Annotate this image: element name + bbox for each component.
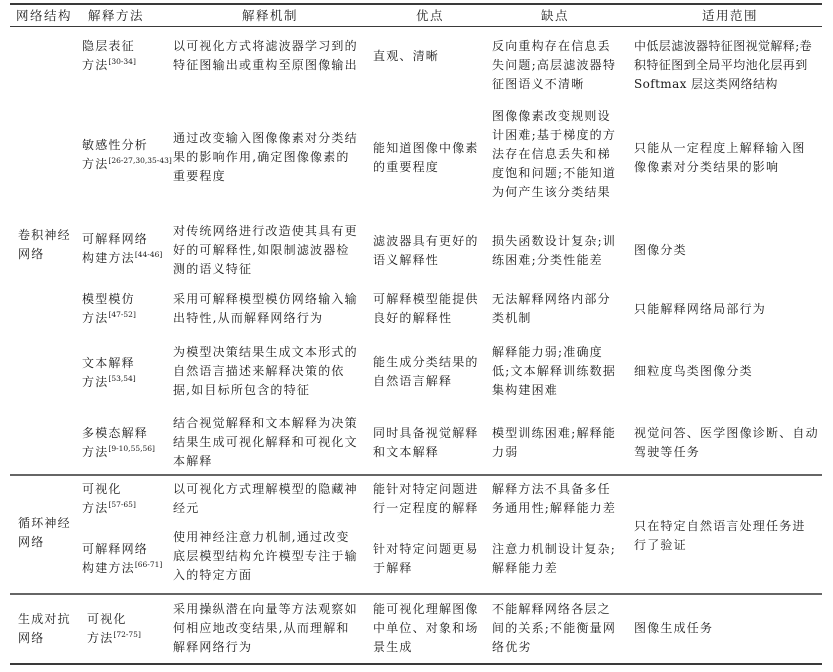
method-name: 隐层表征 方法 — [82, 39, 135, 72]
pros-cell: 可解释模型能提供 良好的解释性 — [373, 290, 479, 328]
header-network: 网络结构 — [12, 8, 76, 24]
method-name: 敏感性分析 方法 — [82, 138, 148, 171]
scope-cell: 只能从一定程度上解释输入图 像像素对分类结果的影响 — [634, 139, 806, 177]
citation: [57-65] — [108, 500, 135, 509]
mechanism-cell: 结合视觉解释和文本解释为决策 结果生成可视化解释和可视化文 本解释 — [173, 414, 358, 471]
scope-cell: 中低层滤波器特征图视觉解释;卷 积特征图到全局平均池化层再到 Softmax 层… — [634, 37, 812, 94]
scope-cell: 细粒度鸟类图像分类 — [634, 362, 753, 381]
method-cell: 可视化 方法[72-75] — [87, 610, 141, 648]
citation: [53,54] — [108, 374, 135, 383]
method-cell: 可视化 方法[57-65] — [82, 480, 136, 518]
pros-cell: 能知道图像中像素 的重要程度 — [373, 139, 479, 177]
network-label: 卷积神经 网络 — [18, 226, 71, 264]
header-rule — [10, 26, 822, 27]
method-cell: 可解释网络 构建方法[44-46] — [82, 230, 162, 268]
mechanism-cell: 使用神经注意力机制,通过改变 底层模型结构允许模型专注于输 入的特定方面 — [173, 528, 358, 585]
cons-cell: 不能解释网络各层之 间的关系;不能衡量网 络优劣 — [492, 600, 616, 657]
mechanism-cell: 以可视化方式将滤波器学习到的 特征图输出或重构至原图像输出 — [173, 37, 358, 75]
citation: [44-46] — [135, 250, 162, 259]
mechanism-cell: 通过改变输入图像像素对分类结 果的影响作用,确定图像像素的 重要程度 — [173, 129, 358, 186]
method-name: 文本解释 方法 — [82, 356, 135, 389]
method-name: 多模态解释 方法 — [82, 426, 148, 459]
method-cell: 隐层表征 方法[30-34] — [82, 37, 136, 75]
rnn-group-rule — [10, 593, 822, 595]
method-cell: 文本解释 方法[53,54] — [82, 354, 136, 392]
pros-cell: 能可视化理解图像 中单位、对象和场 景生成 — [373, 600, 479, 657]
scope-cell: 视觉问答、医学图像诊断、自动 驾驶等任务 — [634, 424, 819, 462]
bottom-rule — [10, 663, 822, 665]
cons-cell: 无法解释网络内部分 类机制 — [492, 290, 611, 328]
cons-cell: 注意力机制设计复杂; 解释能力差 — [492, 540, 616, 578]
header-pros: 优点 — [375, 8, 485, 24]
scope-cell: 只能解释网络局部行为 — [634, 300, 766, 319]
top-rule — [10, 3, 822, 5]
pros-cell: 直观、清晰 — [373, 47, 439, 66]
header-mechanism: 解释机制 — [170, 8, 370, 24]
mechanism-cell: 为模型决策结果生成文本形式的 自然语言描述来解释决策的依 据,如目标所包含的特征 — [173, 343, 358, 400]
method-cell: 模型模仿 方法[47-52] — [82, 290, 136, 328]
scope-cell: 只在特定自然语言处理任务进 行了验证 — [634, 517, 806, 555]
pros-cell: 能生成分类结果的 自然语言解释 — [373, 353, 479, 391]
cons-cell: 解释方法不具备多任 务通用性;解释能力差 — [492, 480, 616, 518]
citation: [72-75] — [113, 630, 140, 639]
citation: [26-27,30,35-43] — [108, 156, 171, 165]
pros-cell: 滤波器具有更好的 语义解释性 — [373, 232, 479, 270]
scope-cell: 图像生成任务 — [634, 619, 713, 638]
cons-cell: 模型训练困难;解释能 力弱 — [492, 424, 616, 462]
method-cell: 可解释网络 构建方法[66-71] — [82, 540, 162, 578]
citation: [66-71] — [135, 560, 162, 569]
citation: [47-52] — [108, 310, 135, 319]
method-cell: 多模态解释 方法[9-10,55,56] — [82, 424, 155, 462]
network-label: 生成对抗 网络 — [18, 610, 71, 648]
mechanism-cell: 采用可解释模型模仿网络输入输 出特性,从而解释网络行为 — [173, 290, 358, 328]
cnn-group-rule — [10, 474, 822, 476]
method-name: 可解释网络 构建方法 — [82, 542, 148, 575]
cons-cell: 损失函数设计复杂;训 练困难;分类性能差 — [492, 232, 616, 270]
method-name: 可视化 方法 — [82, 482, 122, 515]
pros-cell: 能针对特定问题进 行一定程度的解释 — [373, 480, 479, 518]
cons-cell: 反向重构存在信息丢 失问题;高层滤波器特 征图语义不清晰 — [492, 37, 616, 94]
mechanism-cell: 对传统网络进行改造使其具有更 好的可解释性,如限制滤波器检 测的语义特征 — [173, 222, 358, 279]
cons-cell: 图像像素改变规则设 计困难;基于梯度的方 法存在信息丢失和梯 度饱和问题;不能知… — [492, 107, 616, 202]
pros-cell: 针对特定问题更易 于解释 — [373, 540, 479, 578]
citation: [30-34] — [108, 57, 135, 66]
method-name: 可解释网络 构建方法 — [82, 232, 148, 265]
mechanism-cell: 以可视化方式理解模型的隐藏神 经元 — [173, 480, 358, 518]
network-label: 循环神经 网络 — [18, 514, 71, 552]
method-name: 模型模仿 方法 — [82, 292, 135, 325]
mechanism-cell: 采用操纵潜在向量等方法观察如 何相应地改变结果,从而理解和 解释网络行为 — [173, 600, 358, 657]
header-scope: 适用范围 — [635, 8, 825, 24]
method-name: 可视化 方法 — [87, 612, 127, 645]
pros-cell: 同时具备视觉解释 和文本解释 — [373, 424, 479, 462]
header-cons: 缺点 — [490, 8, 620, 24]
scope-cell: 图像分类 — [634, 241, 687, 260]
header-method: 解释方法 — [82, 8, 150, 24]
method-cell: 敏感性分析 方法[26-27,30,35-43] — [82, 136, 172, 174]
citation: [9-10,55,56] — [108, 444, 155, 453]
cons-cell: 解释能力弱;准确度 低;文本解释训练数据 集构建困难 — [492, 343, 616, 400]
